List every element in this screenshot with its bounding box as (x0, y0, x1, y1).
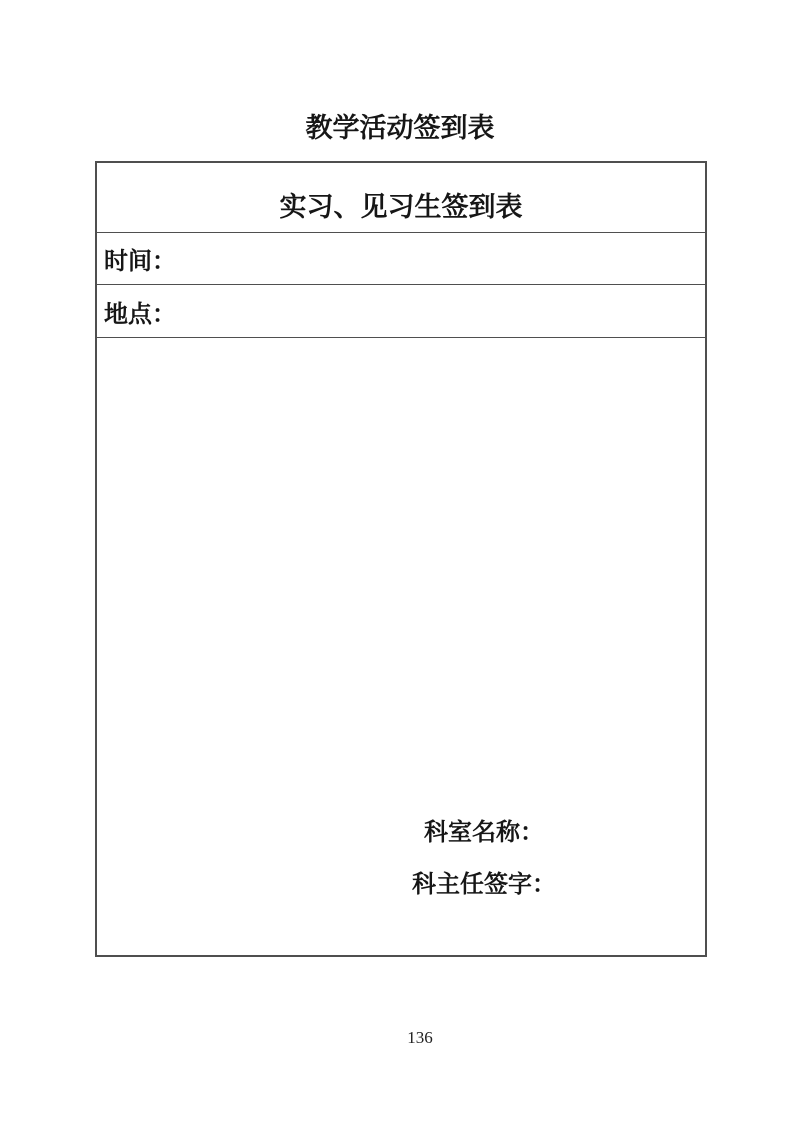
director-signature-label: 科主任签字： (263, 868, 705, 902)
department-name-label: 科室名称： (263, 816, 705, 850)
time-label: 时间： (104, 241, 176, 276)
location-row: 地点： (97, 285, 705, 338)
table-header-title: 实习、见习生签到表 (280, 185, 523, 224)
signature-area: 科室名称： 科主任签字： (97, 338, 705, 955)
signature-block: 科室名称： 科主任签字： (263, 816, 705, 902)
page-number: 136 (40, 1028, 800, 1048)
document-page: 教学活动签到表 实习、见习生签到表 时间： 地点： 科室名称： 科主任签字： 1… (0, 0, 800, 1129)
location-label: 地点： (104, 294, 176, 329)
time-row: 时间： (97, 233, 705, 285)
sign-in-table: 实习、见习生签到表 时间： 地点： 科室名称： 科主任签字： (95, 161, 707, 957)
table-header-row: 实习、见习生签到表 (97, 163, 705, 233)
document-title: 教学活动签到表 (0, 110, 800, 146)
